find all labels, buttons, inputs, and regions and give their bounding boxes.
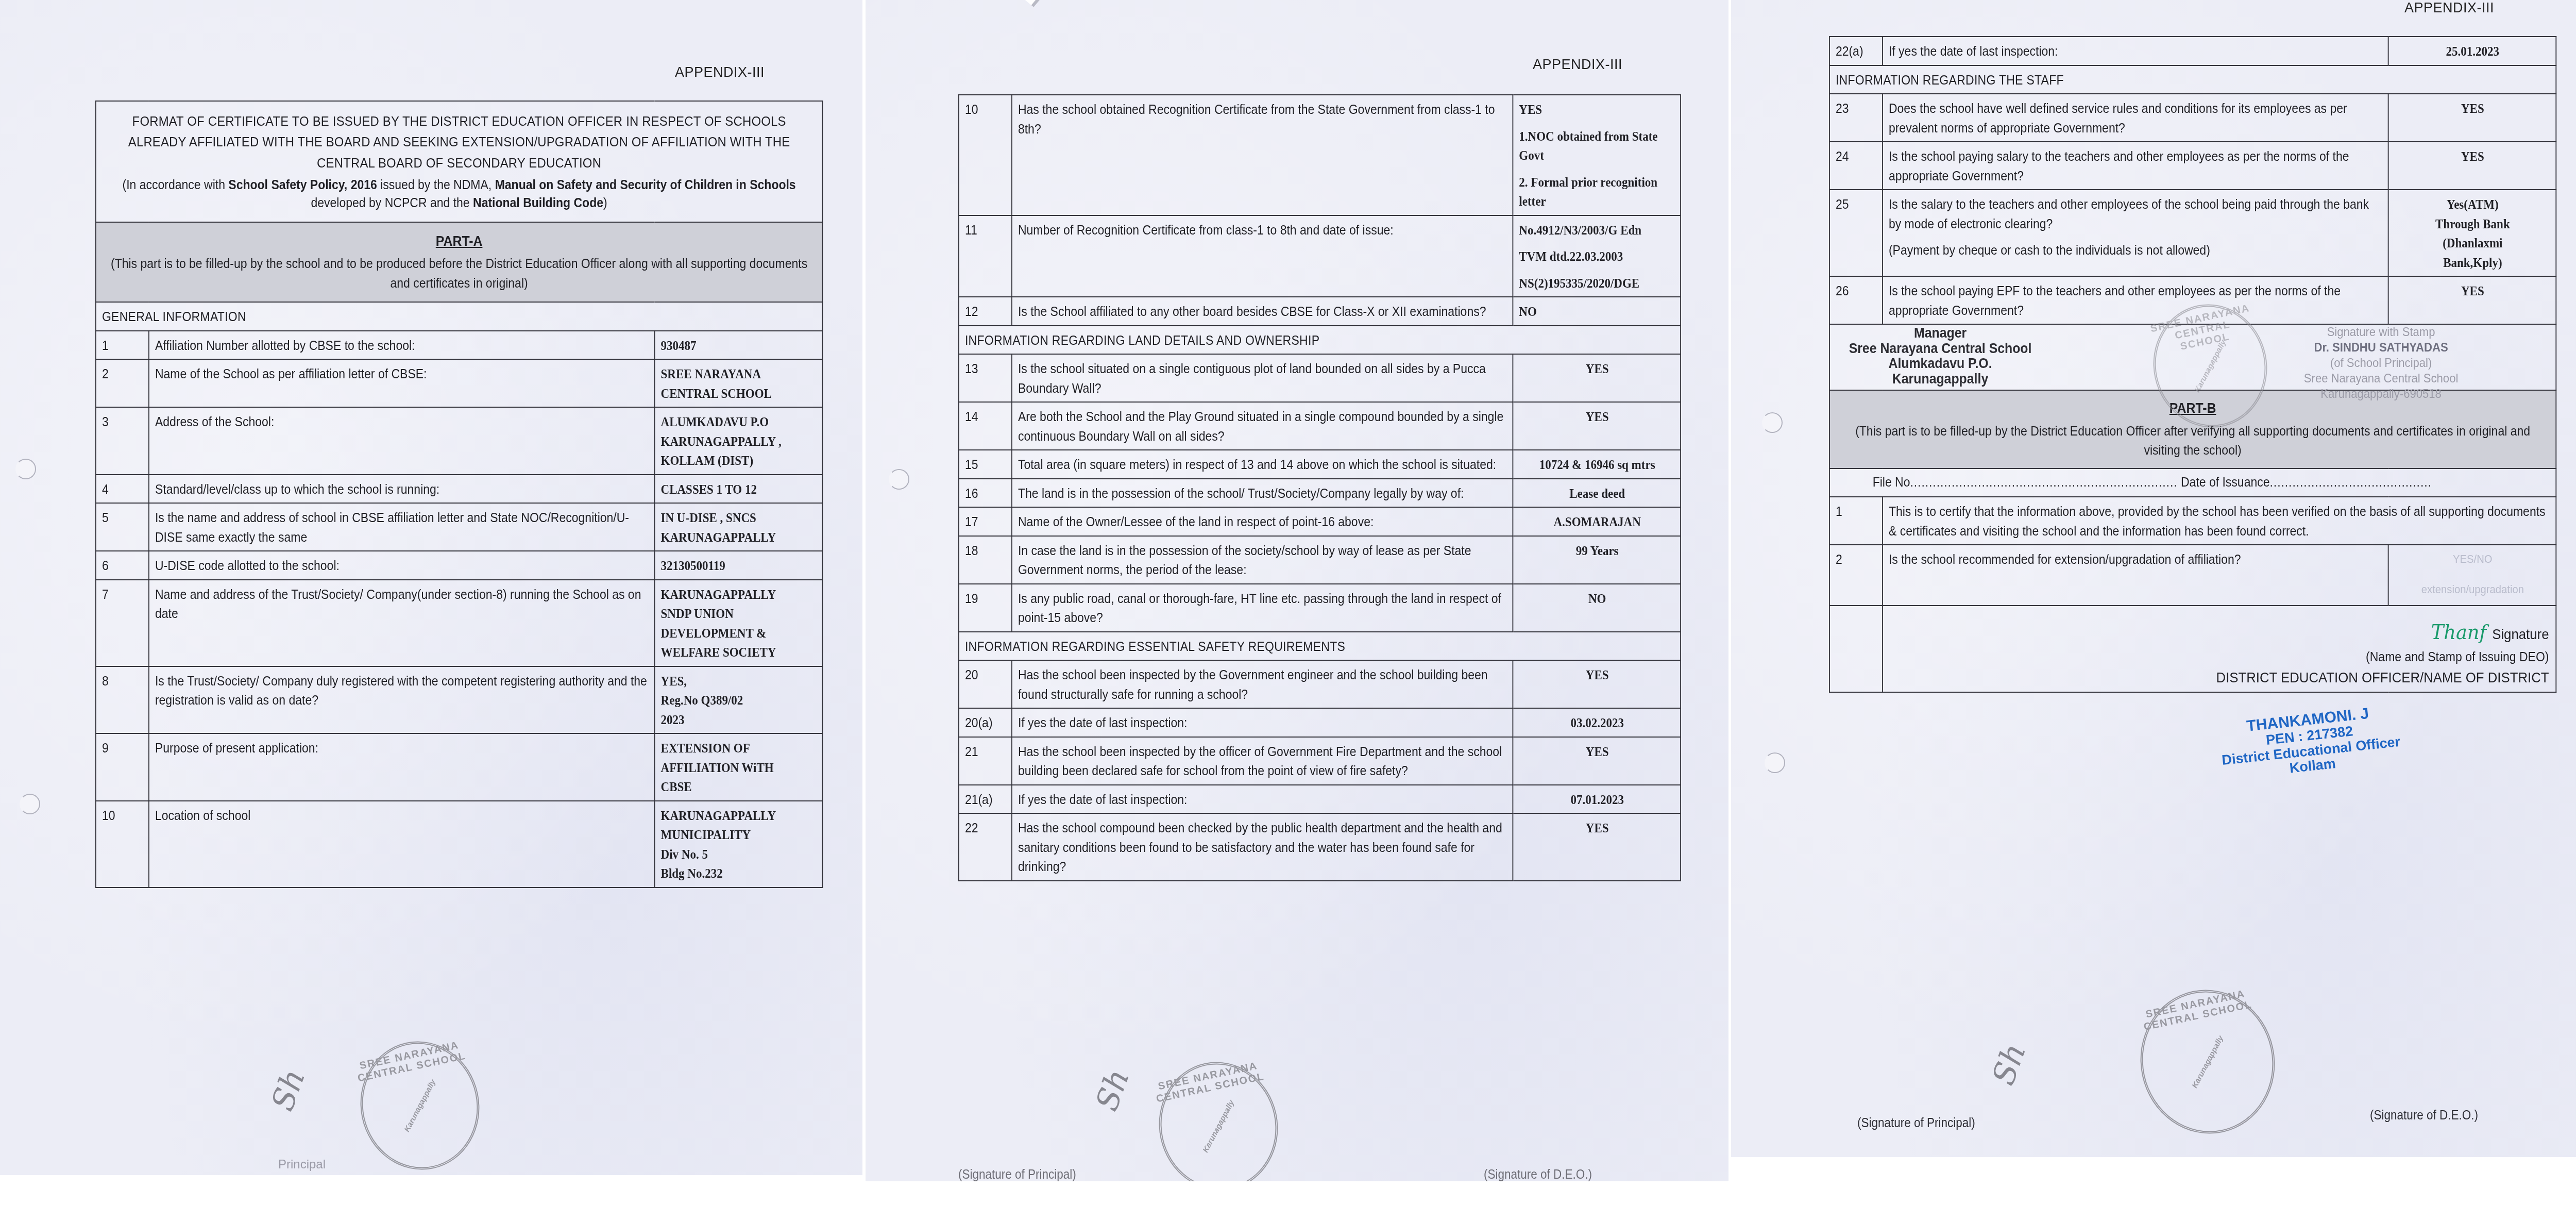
row-answer: 930487 xyxy=(655,331,823,360)
row-answer: KARUNAGAPPALLYSNDP UNIONDEVELOPMENT &WEL… xyxy=(655,580,823,666)
row-question: If yes the date of last inspection: xyxy=(1883,37,2388,65)
row-answer: ALUMKADAVU P.OKARUNAGAPPALLY ,KOLLAM (DI… xyxy=(655,407,823,475)
row-number: 9 xyxy=(96,733,149,801)
row-number: 10 xyxy=(96,801,149,888)
row-answer: YES xyxy=(1513,354,1681,402)
certification-text: This is to certify that the information … xyxy=(1883,497,2556,545)
school-seal: SREE NARAYANA CENTRAL SCHOOL Karunagappa… xyxy=(349,1030,492,1175)
part-a-note: (This part is to be filled-up by the sch… xyxy=(111,257,807,291)
row-number: 17 xyxy=(959,507,1012,536)
row-question: Has the school been inspected by the off… xyxy=(1012,737,1513,785)
row-answer: 32130500119 xyxy=(655,551,823,580)
punch-hole xyxy=(15,459,36,479)
row-answer: 10724 & 16946 sq mtrs xyxy=(1513,450,1681,479)
row-question: Is the Trust/Society/ Company duly regis… xyxy=(149,666,655,734)
row-answer: 99 Years xyxy=(1513,536,1681,584)
row-number: 5 xyxy=(96,503,149,551)
table-row: 10Location of schoolKARUNAGAPPALLYMUNICI… xyxy=(96,801,822,888)
row-number-blank xyxy=(1829,606,1883,692)
principal-signature: Sh xyxy=(1089,1065,1137,1116)
page-2: APPENDIX-III 10Has the school obtained R… xyxy=(866,0,1728,1181)
row-number: 22(a) xyxy=(1829,37,1883,65)
table-row: 21Has the school been inspected by the o… xyxy=(959,737,1681,785)
section-land-details: INFORMATION REGARDING LAND DETAILS AND O… xyxy=(959,326,1681,355)
table-row: 25Is the salary to the teachers and othe… xyxy=(1829,190,2556,276)
table-row: 23Does the school have well defined serv… xyxy=(1829,94,2556,142)
row-answer: YES xyxy=(1513,737,1681,785)
school-seal: SREE NARAYANA CENTRAL SCHOOL Karunagappa… xyxy=(1147,1051,1290,1181)
row-number: 18 xyxy=(959,536,1012,584)
table-row: 17Name of the Owner/Lessee of the land i… xyxy=(959,507,1681,536)
table-row: 22(a)If yes the date of last inspection:… xyxy=(1829,37,2556,65)
row-answer: YES xyxy=(2388,94,2556,142)
row-question: Is the name and address of school in CBS… xyxy=(149,503,655,551)
row-number: 4 xyxy=(96,475,149,504)
row-number: 20 xyxy=(959,660,1012,708)
table-row: 19Is any public road, canal or thorough-… xyxy=(959,584,1681,632)
row-question: Name of the School as per affiliation le… xyxy=(149,359,655,407)
row-number: 21 xyxy=(959,737,1012,785)
table-row: 10Has the school obtained Recognition Ce… xyxy=(959,95,1681,215)
table-row: 8Is the Trust/Society/ Company duly regi… xyxy=(96,666,822,734)
table-row: 15Total area (in square meters) in respe… xyxy=(959,450,1681,479)
appendix-label: APPENDIX-III xyxy=(675,64,765,80)
row-question: If yes the date of last inspection: xyxy=(1012,785,1513,814)
school-seal: SREE NARAYANA CENTRAL SCHOOL Karunagappa… xyxy=(2127,977,2289,1146)
principal-signature-label: (Signature of Principal) xyxy=(958,1167,1076,1181)
row-question: Has the school been inspected by the Gov… xyxy=(1012,660,1513,708)
row-question: Does the school have well defined servic… xyxy=(1883,94,2388,142)
page-fold xyxy=(866,0,1160,7)
principal-signature: Sh xyxy=(264,1065,312,1116)
punch-hole xyxy=(1765,752,1785,773)
row-answer: YES xyxy=(1513,402,1681,450)
page-1: APPENDIX-III FORMAT OF CERTIFICATE TO BE… xyxy=(0,0,862,1175)
row-answer: KARUNAGAPPALLYMUNICIPALITYDiv No. 5Bldg … xyxy=(655,801,823,888)
row-number: 1 xyxy=(96,331,149,360)
row-number: 3 xyxy=(96,407,149,475)
table-row: 24Is the school paying salary to the tea… xyxy=(1829,142,2556,190)
row-question: Name of the Owner/Lessee of the land in … xyxy=(1012,507,1513,536)
row-answer: 25.01.2023 xyxy=(2388,37,2556,65)
row-answer: YES xyxy=(2388,142,2556,190)
row-question: The land is in the possession of the sch… xyxy=(1012,479,1513,508)
row-answer: CLASSES 1 TO 12 xyxy=(655,475,823,504)
row-number: 2 xyxy=(1829,545,1883,606)
row-number: 2 xyxy=(96,359,149,407)
table-row: 2Name of the School as per affiliation l… xyxy=(96,359,822,407)
appendix-label: APPENDIX-III xyxy=(1533,57,1622,73)
row-number: 1 xyxy=(1829,497,1883,545)
form-table-page-1: FORMAT OF CERTIFICATE TO BE ISSUED BY TH… xyxy=(95,101,823,888)
row-question: Affiliation Number allotted by CBSE to t… xyxy=(149,331,655,360)
manager-stamp: Manager Sree Narayana Central School Alu… xyxy=(1849,326,2032,387)
row-answer: YES xyxy=(2388,276,2556,324)
row-question: Total area (in square meters) in respect… xyxy=(1012,450,1513,479)
row-question: Location of school xyxy=(149,801,655,888)
punch-hole xyxy=(1762,412,1783,433)
row-question: If yes the date of last inspection: xyxy=(1012,708,1513,737)
appendix-label: APPENDIX-III xyxy=(2404,0,2494,16)
row-number: 16 xyxy=(959,479,1012,508)
row-number: 22 xyxy=(959,813,1012,881)
file-no-line: File No.................................… xyxy=(1829,468,2556,497)
recommendation-question: Is the school recommended for extension/… xyxy=(1883,545,2388,606)
deo-stamp: THANKAMONI. J PEN : 217382 District Educ… xyxy=(2218,702,2403,783)
form-title: FORMAT OF CERTIFICATE TO BE ISSUED BY TH… xyxy=(106,111,812,173)
table-row: 12Is the School affiliated to any other … xyxy=(959,297,1681,326)
table-row: 7Name and address of the Trust/Society/ … xyxy=(96,580,822,666)
row-question: U-DISE code allotted to the school: xyxy=(149,551,655,580)
table-row: 20Has the school been inspected by the G… xyxy=(959,660,1681,708)
row-number: 13 xyxy=(959,354,1012,402)
section-general-information: GENERAL INFORMATION xyxy=(96,302,822,331)
form-title-cell: FORMAT OF CERTIFICATE TO BE ISSUED BY TH… xyxy=(96,101,822,222)
section-staff: INFORMATION REGARDING THE STAFF xyxy=(1829,65,2556,94)
row-number: 24 xyxy=(1829,142,1883,190)
principal-signature-label: (Signature of Principal) xyxy=(1857,1116,1975,1131)
punch-hole xyxy=(889,469,909,490)
section-safety-requirements: INFORMATION REGARDING ESSENTIAL SAFETY R… xyxy=(959,632,1681,661)
deo-signature: Thanf xyxy=(2431,621,2487,644)
row-answer: 07.01.2023 xyxy=(1513,785,1681,814)
row-question: Is the School affiliated to any other bo… xyxy=(1012,297,1513,326)
deo-signature-block: ThanfSignature (Name and Stamp of Issuin… xyxy=(1883,606,2556,692)
row-question: Is the salary to the teachers and other … xyxy=(1883,190,2388,276)
row-question: Is the school paying EPF to the teachers… xyxy=(1883,276,2388,324)
row-answer: Lease deed xyxy=(1513,479,1681,508)
row-answer: YES1.NOC obtained from State Govt2. Form… xyxy=(1513,95,1681,215)
row-number: 19 xyxy=(959,584,1012,632)
table-row: 13Is the school situated on a single con… xyxy=(959,354,1681,402)
row-question: Standard/level/class up to which the sch… xyxy=(149,475,655,504)
principal-stamp: Signature with Stamp Dr. SINDHU SATHYADA… xyxy=(2304,325,2458,402)
part-a-header: PART-A (This part is to be filled-up by … xyxy=(96,222,822,303)
row-question: Purpose of present application: xyxy=(149,733,655,801)
row-number: 10 xyxy=(959,95,1012,215)
row-number: 20(a) xyxy=(959,708,1012,737)
form-subtitle: (In accordance with School Safety Policy… xyxy=(106,176,812,212)
form-table-page-2: 10Has the school obtained Recognition Ce… xyxy=(958,94,1681,881)
deo-signature-label: (Signature of D.E.O.) xyxy=(2370,1108,2478,1123)
row-question: Is any public road, canal or thorough-fa… xyxy=(1012,584,1513,632)
row-answer: Yes(ATM)Through Bank(DhanlaxmiBank,Kply) xyxy=(2388,190,2556,276)
table-row: 9Purpose of present application:EXTENSIO… xyxy=(96,733,822,801)
row-number: 15 xyxy=(959,450,1012,479)
table-row: 22Has the school compound been checked b… xyxy=(959,813,1681,881)
row-question: Name and address of the Trust/Society/ C… xyxy=(149,580,655,666)
row-answer: YES,Reg.No Q389/022023 xyxy=(655,666,823,734)
recommendation-answer: YES/NO extension/upgradation xyxy=(2388,545,2556,606)
table-row: 11Number of Recognition Certificate from… xyxy=(959,215,1681,297)
table-row: 18In case the land is in the possession … xyxy=(959,536,1681,584)
table-row: 4Standard/level/class up to which the sc… xyxy=(96,475,822,504)
row-answer: SREE NARAYANACENTRAL SCHOOL xyxy=(655,359,823,407)
row-question: Is the school paying salary to the teach… xyxy=(1883,142,2388,190)
row-answer: YES xyxy=(1513,660,1681,708)
table-row: 1Affiliation Number allotted by CBSE to … xyxy=(96,331,822,360)
row-answer: NO xyxy=(1513,297,1681,326)
row-question: In case the land is in the possession of… xyxy=(1012,536,1513,584)
row-number: 8 xyxy=(96,666,149,734)
table-row: 3Address of the School:ALUMKADAVU P.OKAR… xyxy=(96,407,822,475)
principal-stamp-text: Principal xyxy=(278,1157,326,1173)
part-a-label: PART-A xyxy=(106,231,812,252)
row-answer: A.SOMARAJAN xyxy=(1513,507,1681,536)
row-number: 21(a) xyxy=(959,785,1012,814)
row-number: 7 xyxy=(96,580,149,666)
punch-hole xyxy=(20,794,40,814)
row-number: 6 xyxy=(96,551,149,580)
row-answer: NO xyxy=(1513,584,1681,632)
row-answer: EXTENSION OFAFFILIATION WiTHCBSE xyxy=(655,733,823,801)
page-3: APPENDIX-III 22(a)If yes the date of las… xyxy=(1731,0,2576,1157)
row-number: 11 xyxy=(959,215,1012,297)
row-answer: IN U-DISE , SNCSKARUNAGAPPALLY xyxy=(655,503,823,551)
table-row: 14Are both the School and the Play Groun… xyxy=(959,402,1681,450)
table-row: 20(a)If yes the date of last inspection:… xyxy=(959,708,1681,737)
principal-signature: Sh xyxy=(1985,1039,2033,1090)
part-b-note: (This part is to be filled-up by the Dis… xyxy=(1855,424,2530,458)
row-answer: 03.02.2023 xyxy=(1513,708,1681,737)
row-number: 25 xyxy=(1829,190,1883,276)
row-number: 26 xyxy=(1829,276,1883,324)
row-answer: YES xyxy=(1513,813,1681,881)
row-question: Address of the School: xyxy=(149,407,655,475)
row-question: Has the school obtained Recognition Cert… xyxy=(1012,95,1513,215)
row-question: Has the school compound been checked by … xyxy=(1012,813,1513,881)
table-row: 6U-DISE code allotted to the school:3213… xyxy=(96,551,822,580)
row-note: (Payment by cheque or cash to the indivi… xyxy=(1889,241,2383,261)
row-question: Is the school situated on a single conti… xyxy=(1012,354,1513,402)
row-answer: No.4912/N3/2003/G EdnTVM dtd.22.03.2003N… xyxy=(1513,215,1681,297)
row-number: 14 xyxy=(959,402,1012,450)
row-question: Are both the School and the Play Ground … xyxy=(1012,402,1513,450)
table-row: 5Is the name and address of school in CB… xyxy=(96,503,822,551)
row-question: Number of Recognition Certificate from c… xyxy=(1012,215,1513,297)
row-number: 12 xyxy=(959,297,1012,326)
deo-signature-label: (Signature of D.E.O.) xyxy=(1484,1167,1592,1181)
table-row: 21(a)If yes the date of last inspection:… xyxy=(959,785,1681,814)
row-number: 23 xyxy=(1829,94,1883,142)
table-row: 16The land is in the possession of the s… xyxy=(959,479,1681,508)
